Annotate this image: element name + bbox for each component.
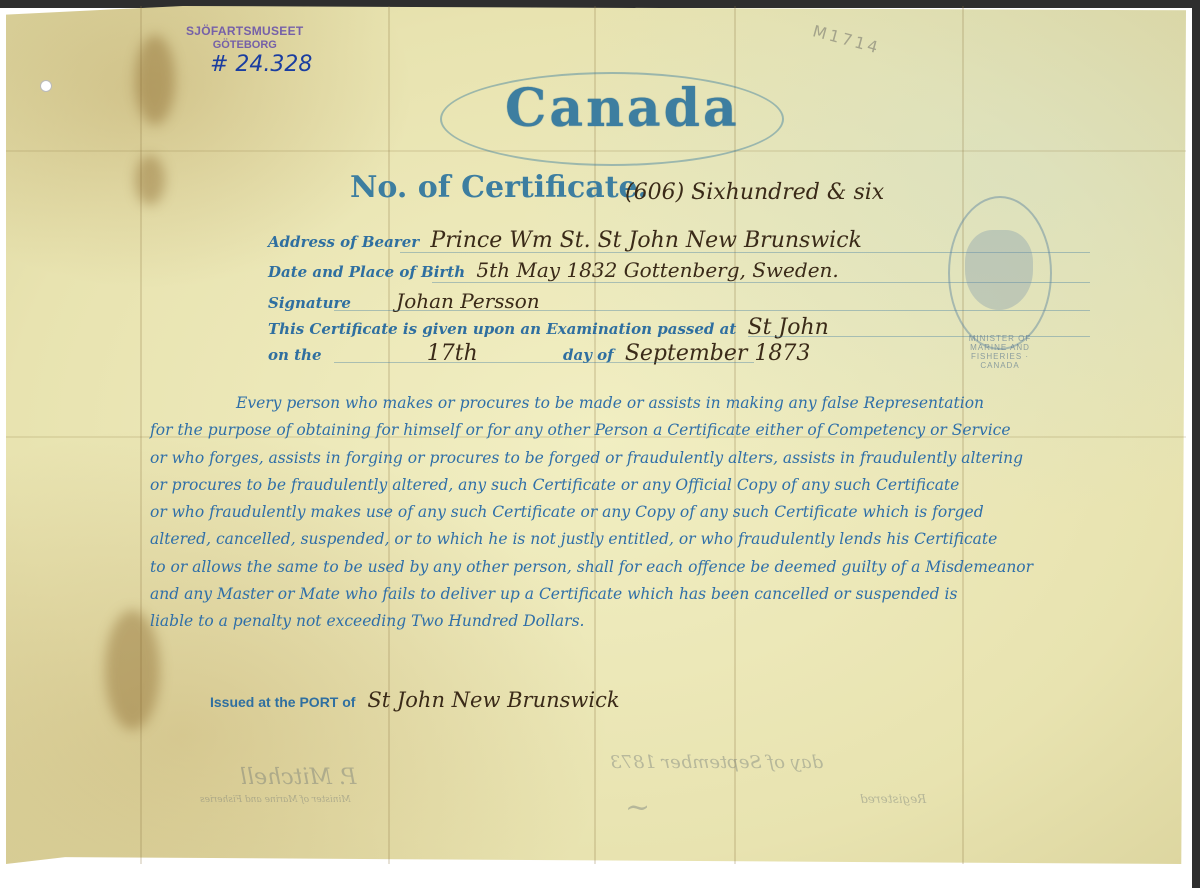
field-value: Prince Wm St. St John New Brunswick bbox=[430, 228, 861, 253]
coat-of-arms-icon bbox=[965, 230, 1033, 310]
field-label: Date and Place of Birth bbox=[268, 263, 465, 281]
rule-line bbox=[334, 362, 754, 363]
stamp-line-1: SJÖFARTSMUSEET bbox=[186, 24, 304, 38]
warning-line: or who fraudulently makes use of any suc… bbox=[150, 499, 1110, 526]
scan-border-right bbox=[1192, 0, 1200, 888]
warning-line: to or allows the same to be used by any … bbox=[150, 554, 1110, 581]
punch-hole bbox=[40, 80, 52, 92]
document-title: Canada bbox=[505, 78, 740, 139]
fold-line bbox=[140, 6, 142, 864]
field-address: Address of Bearer Prince Wm St. St John … bbox=[268, 228, 862, 253]
warning-line: or procures to be fraudulently altered, … bbox=[150, 472, 1110, 499]
warning-line: liable to a penalty not exceeding Two Hu… bbox=[150, 608, 1110, 635]
water-stain bbox=[135, 155, 165, 205]
bleed-through-scribble: ~ bbox=[625, 790, 650, 825]
bleed-through-registered: Registered bbox=[860, 792, 926, 806]
warning-line: for the purpose of obtaining for himself… bbox=[150, 417, 1110, 444]
warning-line: Every person who makes or procures to be… bbox=[150, 390, 1110, 417]
accession-number: # 24.328 bbox=[210, 52, 312, 77]
field-label: This Certificate is given upon an Examin… bbox=[268, 320, 736, 338]
water-stain bbox=[135, 35, 175, 125]
bleed-through-caption: Minister of Marine and Fisheries bbox=[200, 795, 351, 805]
issued-value: St John New Brunswick bbox=[367, 688, 619, 712]
bleed-through-date: day of September 1873 bbox=[610, 752, 823, 773]
bleed-through-signature: P. Mitchell bbox=[240, 765, 356, 790]
field-birth: Date and Place of Birth 5th May 1832 Got… bbox=[268, 258, 839, 282]
certificate-number-value: (606) Sixhundred & six bbox=[625, 180, 884, 205]
issued-label: Issued at the PORT of bbox=[210, 694, 355, 710]
warning-line: or who forges, assists in forging or pro… bbox=[150, 445, 1110, 472]
stamp-line-2: GÖTEBORG bbox=[186, 38, 304, 52]
field-value: 5th May 1832 Gottenberg, Sweden. bbox=[476, 258, 838, 282]
warning-line: altered, cancelled, suspended, or to whi… bbox=[150, 526, 1110, 553]
museum-stamp: SJÖFARTSMUSEET GÖTEBORG bbox=[186, 24, 304, 52]
field-label: Address of Bearer bbox=[268, 233, 419, 251]
field-examination: This Certificate is given upon an Examin… bbox=[268, 315, 829, 340]
field-label: on the bbox=[268, 346, 322, 364]
legal-warning: Every person who makes or procures to be… bbox=[150, 390, 1110, 636]
warning-line: and any Master or Mate who fails to deli… bbox=[150, 581, 1110, 608]
seal-text: MINISTER OF MARINE AND FISHERIES · CANAD… bbox=[955, 334, 1045, 370]
certificate-number-label: No. of Certificate. bbox=[350, 170, 648, 205]
issued-at-port: Issued at the PORT of St John New Brunsw… bbox=[210, 688, 620, 712]
